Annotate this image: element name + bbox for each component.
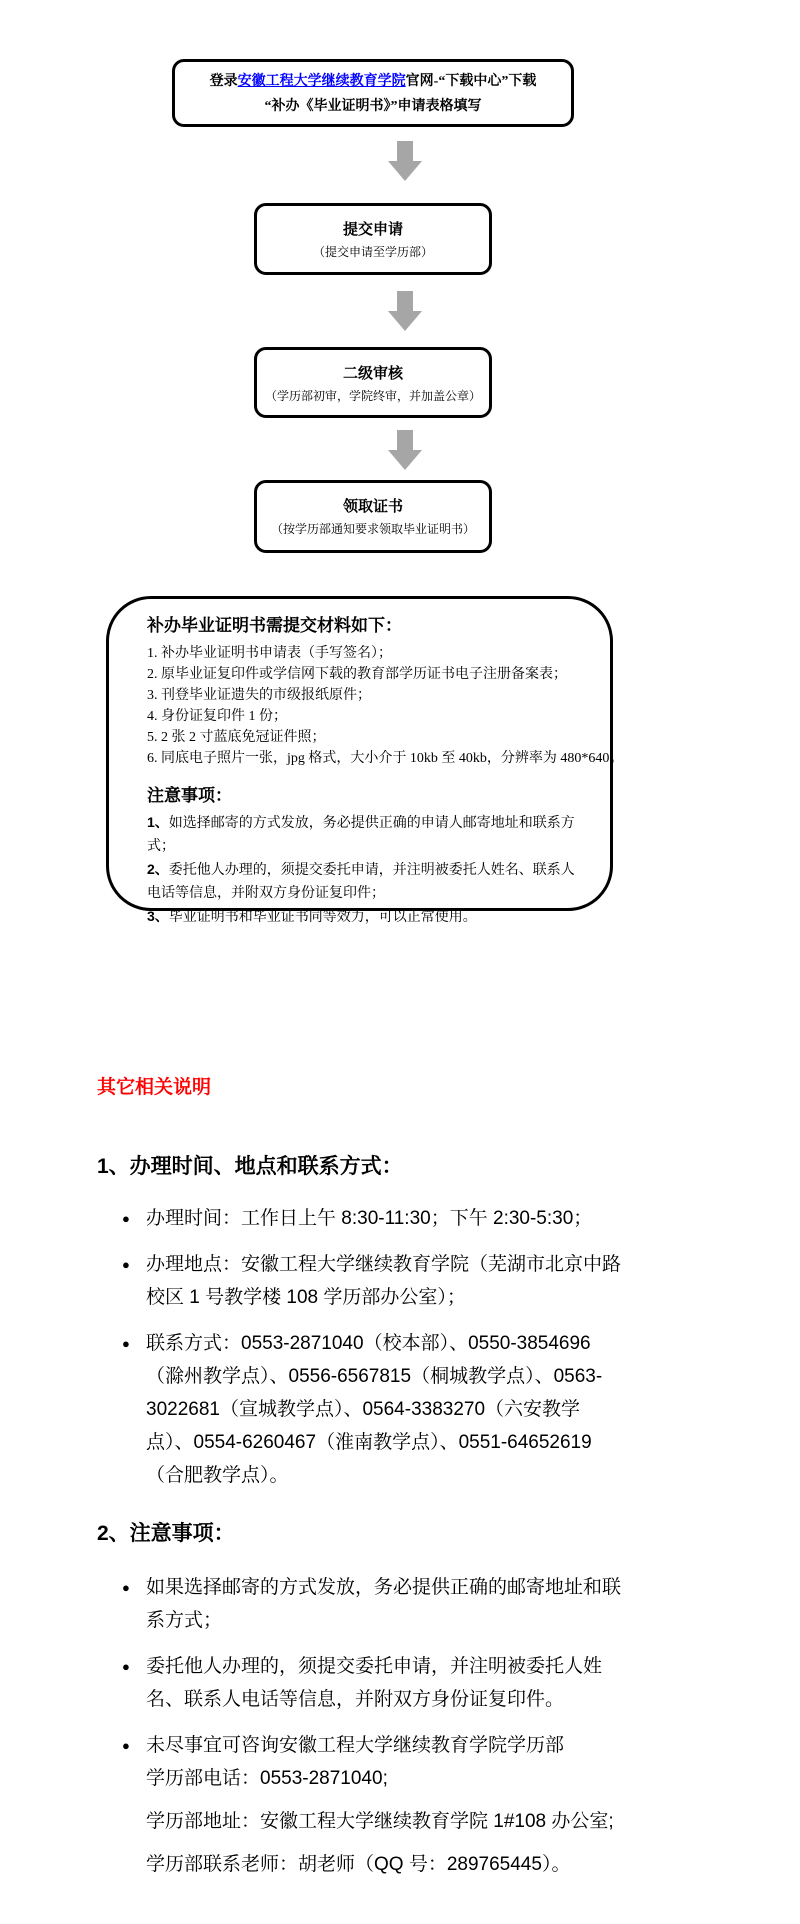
- bullet-text: 办理地点：安徽工程大学继续教育学院（芜湖市北京中路校区 1 号教学楼 108 学…: [146, 1248, 626, 1314]
- flow-step-collect: 领取证书 （按学历部通知要求领取毕业证明书）: [254, 480, 492, 553]
- flow-step-title: 二级审核: [257, 363, 489, 385]
- contact-line: 学历部联系老师：胡老师（QQ 号：289765445）。: [146, 1848, 614, 1881]
- bullet-item: ● 办理地点：安徽工程大学继续教育学院（芜湖市北京中路校区 1 号教学楼 108…: [122, 1248, 628, 1314]
- material-item: 6. 同底电子照片一张，jpg 格式，大小介于 10kb 至 40kb，分辨率为…: [147, 748, 584, 769]
- down-arrow-icon: [388, 291, 422, 331]
- flow-step-subtitle: （提交申请至学历部）: [257, 244, 489, 261]
- note-number: 1、: [147, 814, 169, 830]
- bullet-item: ● 如果选择邮寄的方式发放，务必提供正确的邮寄地址和联系方式；: [122, 1571, 628, 1637]
- flow-step-submit: 提交申请 （提交申请至学历部）: [254, 203, 492, 275]
- bullet-item: ● 委托他人办理的，须提交委托申请，并注明被委托人姓名、联系人电话等信息，并附双…: [122, 1650, 628, 1716]
- bullet-icon: ●: [122, 1248, 146, 1314]
- bullet-text: 委托他人办理的，须提交委托申请，并注明被委托人姓名、联系人电话等信息，并附双方身…: [146, 1650, 626, 1716]
- info-heading: 其它相关说明: [97, 1072, 211, 1099]
- note-item: 2、委托他人办理的，须提交委托申请，并注明被委托人姓名、联系人电话等信息，并附双…: [147, 858, 584, 905]
- flow-step-line1: 登录安徽工程大学继续教育学院官网-“下载中心”下载: [175, 69, 571, 94]
- bullet-icon: ●: [122, 1202, 146, 1235]
- note-text: 委托他人办理的，须提交委托申请，并注明被委托人姓名、联系人电话等信息，并附双方身…: [147, 863, 575, 901]
- bullet-text: 办理时间：工作日上午 8:30-11:30；下午 2:30-5:30；: [146, 1202, 592, 1235]
- flow-step-text-suffix: 官网-“下载中心”下载: [406, 74, 537, 89]
- materials-heading: 补办毕业证明书需提交材料如下：: [147, 614, 584, 638]
- note-item: 1、如选择邮寄的方式发放，务必提供正确的申请人邮寄地址和联系方式；: [147, 811, 584, 858]
- contact-line: 学历部电话：0553-2871040;: [146, 1762, 614, 1795]
- bullet-item: ● 联系方式：0553-2871040（校本部）、0550-3854696（滁州…: [122, 1327, 628, 1492]
- bullet-item: ● 未尽事宜可咨询安徽工程大学继续教育学院学历部 学历部电话：0553-2871…: [122, 1729, 628, 1881]
- bullet-text: 如果选择邮寄的方式发放，务必提供正确的邮寄地址和联系方式；: [146, 1571, 626, 1637]
- bullet-text: 联系方式：0553-2871040（校本部）、0550-3854696（滁州教学…: [146, 1327, 626, 1492]
- contact-line: 学历部地址：安徽工程大学继续教育学院 1#108 办公室;: [146, 1805, 614, 1838]
- section-1-title: 1、办理时间、地点和联系方式：: [97, 1150, 403, 1180]
- section-2-bullets: ● 如果选择邮寄的方式发放，务必提供正确的邮寄地址和联系方式； ● 委托他人办理…: [122, 1571, 628, 1894]
- note-text: 如选择邮寄的方式发放，务必提供正确的申请人邮寄地址和联系方式；: [147, 816, 575, 854]
- flow-step-text-prefix: 登录: [210, 74, 238, 89]
- material-item: 2. 原毕业证复印件或学信网下载的教育部学历证书电子注册备案表；: [147, 664, 584, 685]
- bullet-icon: ●: [122, 1327, 146, 1492]
- flow-step-line2: “补办《毕业证明书》”申请表格填写: [175, 94, 571, 119]
- flow-step-subtitle: （学历部初审，学院终审，并加盖公章）: [257, 388, 489, 405]
- flow-step-review: 二级审核 （学历部初审，学院终审，并加盖公章）: [254, 347, 492, 418]
- bullet-icon: ●: [122, 1729, 146, 1881]
- section-2-title: 2、注意事项：: [97, 1517, 235, 1547]
- notes-heading: 注意事项：: [147, 784, 584, 808]
- material-item: 5. 2 张 2 寸蓝底免冠证件照；: [147, 727, 584, 748]
- note-number: 3、: [147, 908, 169, 924]
- down-arrow-icon: [388, 141, 422, 181]
- contact-line: 未尽事宜可咨询安徽工程大学继续教育学院学历部: [146, 1729, 614, 1762]
- flow-step-download-form: 登录安徽工程大学继续教育学院官网-“下载中心”下载 “补办《毕业证明书》”申请表…: [172, 59, 574, 127]
- flow-step-title: 提交申请: [257, 219, 489, 241]
- materials-box: 补办毕业证明书需提交材料如下： 1. 补办毕业证明书申请表（手写签名）； 2. …: [106, 596, 613, 911]
- bullet-text: 未尽事宜可咨询安徽工程大学继续教育学院学历部 学历部电话：0553-287104…: [146, 1729, 614, 1881]
- flow-step-title: 领取证书: [257, 496, 489, 518]
- college-link[interactable]: 安徽工程大学继续教育学院: [238, 74, 406, 89]
- note-item: 3、毕业证明书和毕业证书同等效力，可以正常使用。: [147, 905, 584, 929]
- bullet-icon: ●: [122, 1571, 146, 1637]
- down-arrow-icon: [388, 430, 422, 470]
- section-1-bullets: ● 办理时间：工作日上午 8:30-11:30；下午 2:30-5:30； ● …: [122, 1202, 628, 1505]
- document-page: 登录安徽工程大学继续教育学院官网-“下载中心”下载 “补办《毕业证明书》”申请表…: [0, 0, 800, 1924]
- material-item: 3. 刊登毕业证遗失的市级报纸原件；: [147, 685, 584, 706]
- material-item: 1. 补办毕业证明书申请表（手写签名）；: [147, 643, 584, 664]
- bullet-item: ● 办理时间：工作日上午 8:30-11:30；下午 2:30-5:30；: [122, 1202, 628, 1235]
- material-item: 4. 身份证复印件 1 份；: [147, 706, 584, 727]
- bullet-icon: ●: [122, 1650, 146, 1716]
- note-number: 2、: [147, 861, 169, 877]
- note-text: 毕业证明书和毕业证书同等效力，可以正常使用。: [169, 910, 477, 925]
- flow-step-subtitle: （按学历部通知要求领取毕业证明书）: [257, 521, 489, 538]
